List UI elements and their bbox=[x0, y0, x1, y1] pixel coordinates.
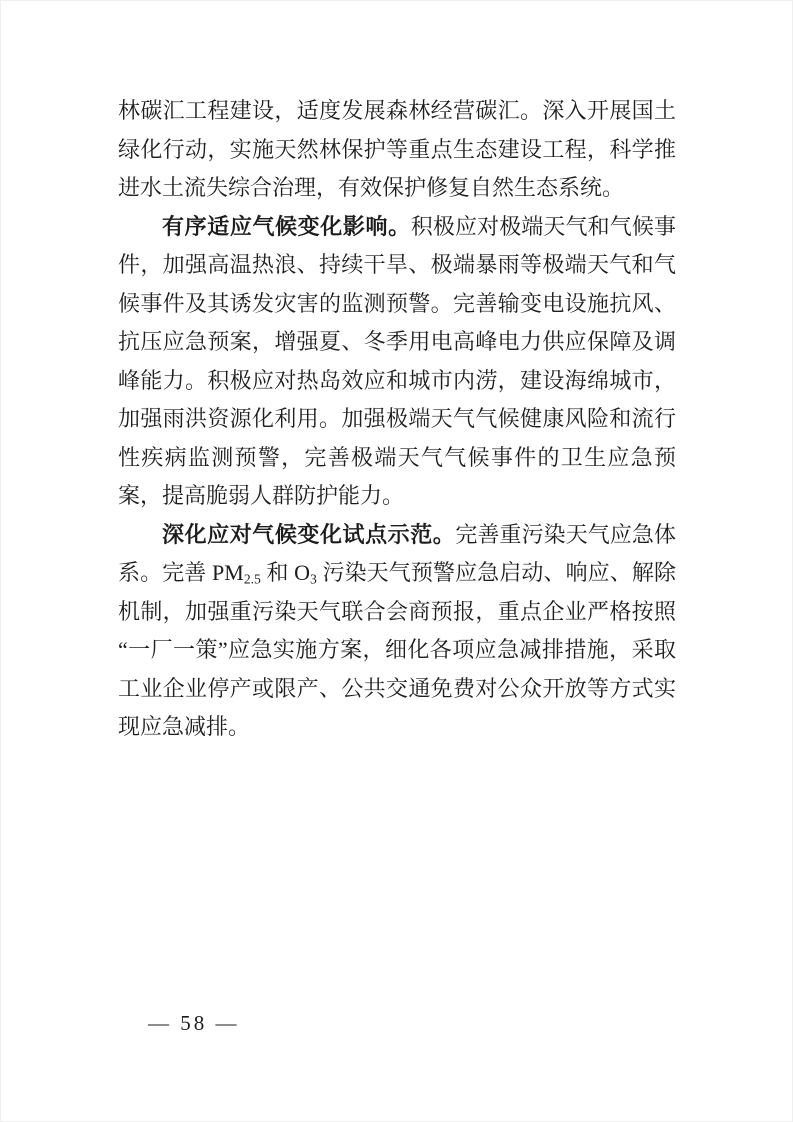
paragraph-text: 林碳汇工程建设，适度发展森林经营碳汇。深入开展国土绿化行动，实施天然林保护等重点… bbox=[118, 98, 676, 200]
ozone-subscript: 3 bbox=[310, 571, 317, 586]
paragraph-text-segment: 和 O bbox=[261, 560, 310, 585]
paragraph-carbon-sink-continuation: 林碳汇工程建设，适度发展森林经营碳汇。深入开展国土绿化行动，实施天然林保护等重点… bbox=[118, 92, 676, 208]
page-number: — 58 — bbox=[148, 1008, 240, 1038]
pm25-subscript: 2.5 bbox=[244, 571, 261, 586]
paragraph-adapt-climate-impacts: 有序适应气候变化影响。积极应对极端天气和气候事件，加强高温热浪、持续干旱、极端暴… bbox=[118, 208, 676, 516]
paragraph-lead-heading: 深化应对气候变化试点示范。 bbox=[162, 522, 455, 547]
document-body: 林碳汇工程建设，适度发展森林经营碳汇。深入开展国土绿化行动，实施天然林保护等重点… bbox=[118, 92, 676, 747]
paragraph-pilot-demonstration: 深化应对气候变化试点示范。完善重污染天气应急体系。完善 PM2.5 和 O3 污… bbox=[118, 516, 676, 747]
document-page: 林碳汇工程建设，适度发展森林经营碳汇。深入开展国土绿化行动，实施天然林保护等重点… bbox=[0, 0, 793, 1122]
paragraph-text: 积极应对极端天气和气候事件，加强高温热浪、持续干旱、极端暴雨等极端天气和气候事件… bbox=[118, 214, 676, 509]
paragraph-lead-heading: 有序适应气候变化影响。 bbox=[162, 214, 411, 239]
paragraph-text-segment: 污染天气预警应急启动、响应、解除机制，加强重污染天气联合会商预报，重点企业严格按… bbox=[118, 560, 676, 739]
